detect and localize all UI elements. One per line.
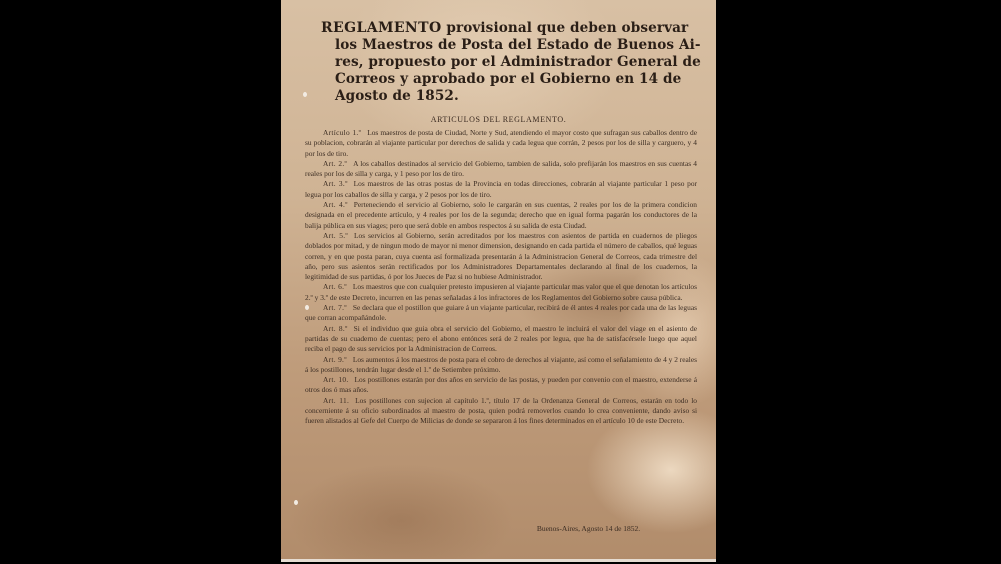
article-label: Art. 8.º <box>323 324 348 333</box>
article-5: Art. 5.ºLos servicios al Gobierno, serán… <box>305 231 697 282</box>
article-label: Art. 2.º <box>323 159 347 168</box>
article-text: Los maestros de las otras postas de la P… <box>305 179 697 198</box>
article-text: Los maestros de posta de Ciudad, Norte y… <box>305 128 697 158</box>
paper-flaw <box>303 92 307 97</box>
paper-flaw <box>305 305 309 310</box>
article-10: Art. 10.Los postillones estarán por dos … <box>305 375 697 396</box>
article-label: Art. 7.º <box>323 303 347 312</box>
article-text: Perteneciendo el servicio al Gobierno, s… <box>305 200 697 230</box>
article-label: Art. 4.º <box>323 200 348 209</box>
title-line-4: Correos y aprobado por el Gobierno en 14… <box>321 71 691 88</box>
article-text: Si el individuo que guia obra el servici… <box>305 324 697 354</box>
article-label: Art. 11. <box>323 396 349 405</box>
article-label: Art. 9.º <box>323 355 347 364</box>
article-9: Art. 9.ºLos aumentos á los maestros de p… <box>305 355 697 376</box>
article-text: A los caballos destinados al servicio de… <box>305 159 697 178</box>
title-line-1: REGLAMENTO provisional que deben observa… <box>321 20 691 37</box>
document-page: REGLAMENTO provisional que deben observa… <box>281 0 716 562</box>
article-text: Los postillones con sujecion al capítulo… <box>305 396 697 426</box>
article-1: Artículo 1.ºLos maestros de posta de Ciu… <box>305 128 697 159</box>
title-lead: REGLAMENTO <box>321 20 442 36</box>
article-text: Los servicios al Gobierno, serán acredit… <box>305 231 697 281</box>
article-label: Art. 10. <box>323 375 349 384</box>
article-6: Art. 6.ºLos maestros que con cualquier p… <box>305 282 697 303</box>
article-text: Se declara que el postillon que guiare á… <box>305 303 697 322</box>
article-label: Artículo 1.º <box>323 128 361 137</box>
article-text: Los postillones estarán por dos años en … <box>305 375 697 394</box>
document-title: REGLAMENTO provisional que deben observa… <box>321 20 691 105</box>
title-line-5: Agosto de 1852. <box>321 88 691 105</box>
article-2: Art. 2.ºA los caballos destinados al ser… <box>305 159 697 180</box>
article-label: Art. 5.º <box>323 231 348 240</box>
paper-flaw <box>294 500 298 505</box>
article-label: Art. 3.º <box>323 179 348 188</box>
title-line-3: res, propuesto por el Administrador Gene… <box>321 54 691 71</box>
signature-date: Buenos-Aires, Agosto 14 de 1852. <box>281 524 716 533</box>
articles-body: Artículo 1.ºLos maestros de posta de Ciu… <box>305 128 697 427</box>
article-label: Art. 6.º <box>323 282 347 291</box>
section-heading: ARTICULOS DEL REGLAMENTO. <box>281 115 716 124</box>
article-text: Los maestros que con cualquier pretesto … <box>305 282 697 301</box>
article-11: Art. 11.Los postillones con sujecion al … <box>305 396 697 427</box>
article-3: Art. 3.ºLos maestros de las otras postas… <box>305 179 697 200</box>
article-4: Art. 4.ºPerteneciendo el servicio al Gob… <box>305 200 697 231</box>
title-line-2: los Maestros de Posta del Estado de Buen… <box>321 37 691 54</box>
article-text: Los aumentos á los maestros de posta par… <box>305 355 697 374</box>
article-7: Art. 7.ºSe declara que el postillon que … <box>305 303 697 324</box>
article-8: Art. 8.ºSi el individuo que guia obra el… <box>305 324 697 355</box>
